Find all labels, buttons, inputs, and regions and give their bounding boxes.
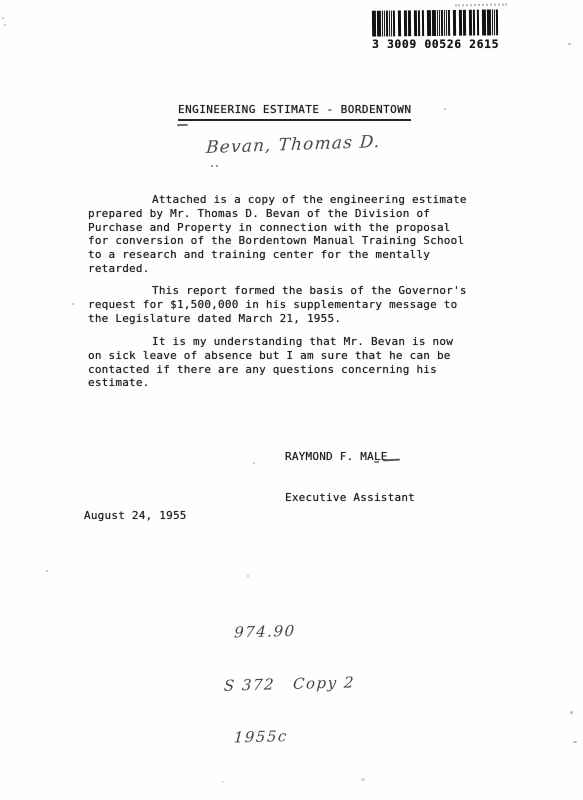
scan-speck bbox=[2, 17, 4, 19]
scan-speck bbox=[361, 778, 365, 781]
scan-speck bbox=[444, 108, 446, 110]
scan-speck bbox=[222, 781, 224, 783]
barcode-bars-icon bbox=[372, 9, 500, 36]
scanned-letter-page: 3 3009 00526 2615 ENGINEERING ESTIMATE -… bbox=[0, 0, 583, 800]
call-number-line: 974.90 bbox=[227, 620, 359, 640]
handwritten-annotation: Bevan, Thomas D. bbox=[205, 132, 381, 158]
text-line: retarded. bbox=[88, 262, 467, 276]
paragraph-1: Attached is a copy of the engineering es… bbox=[88, 193, 467, 276]
barcode-number: 3 3009 00526 2615 bbox=[372, 37, 500, 51]
text-line: estimate. bbox=[88, 376, 453, 390]
call-number-class: S 372 bbox=[223, 675, 275, 694]
text-line: request for $1,500,000 in his supplement… bbox=[88, 298, 467, 312]
scan-smudge bbox=[455, 4, 507, 7]
signature-block: RAYMOND F. MALE Executive Assistant bbox=[285, 422, 415, 532]
scan-speck bbox=[568, 43, 571, 45]
scan-speck bbox=[72, 303, 74, 305]
scan-speck bbox=[573, 741, 577, 743]
text-line: the Legislature dated March 21, 1955. bbox=[88, 312, 467, 326]
call-number: 974.90 S 372Copy 2 1955c bbox=[218, 584, 361, 781]
paragraph-2: This report formed the basis of the Gove… bbox=[88, 284, 467, 325]
text-line: This report formed the basis of the Gove… bbox=[88, 284, 467, 298]
text-line: prepared by Mr. Thomas D. Bevan of the D… bbox=[88, 207, 467, 221]
text-line: Purchase and Property in connection with… bbox=[88, 221, 467, 235]
text-line: contacted if there are any questions con… bbox=[88, 363, 453, 377]
letter-date: August 24, 1955 bbox=[84, 509, 187, 523]
scan-speck bbox=[247, 575, 249, 577]
scan-speck bbox=[253, 462, 255, 464]
call-number-line: S 372Copy 2 bbox=[224, 673, 356, 693]
pen-dash-mark bbox=[374, 461, 379, 463]
scan-speck bbox=[570, 711, 573, 714]
call-number-line: 1955c bbox=[220, 725, 352, 745]
call-number-copy: Copy 2 bbox=[293, 673, 356, 693]
scan-speck bbox=[46, 570, 48, 572]
signature-title: Executive Assistant bbox=[285, 491, 415, 505]
signature-name: RAYMOND F. MALE bbox=[285, 450, 415, 464]
scan-speck bbox=[4, 24, 6, 26]
document-title: ENGINEERING ESTIMATE - BORDENTOWN bbox=[178, 103, 411, 121]
text-line: on sick leave of absence but I am sure t… bbox=[88, 349, 453, 363]
text-line: to a research and training center for th… bbox=[88, 248, 467, 262]
pencil-mark bbox=[211, 165, 218, 170]
paragraph-3: It is my understanding that Mr. Bevan is… bbox=[88, 335, 453, 390]
text-line: It is my understanding that Mr. Bevan is… bbox=[88, 335, 453, 349]
text-line: Attached is a copy of the engineering es… bbox=[88, 193, 467, 207]
library-barcode: 3 3009 00526 2615 bbox=[372, 10, 500, 51]
pencil-mark bbox=[177, 124, 188, 126]
text-line: for conversion of the Bordentown Manual … bbox=[88, 234, 467, 248]
